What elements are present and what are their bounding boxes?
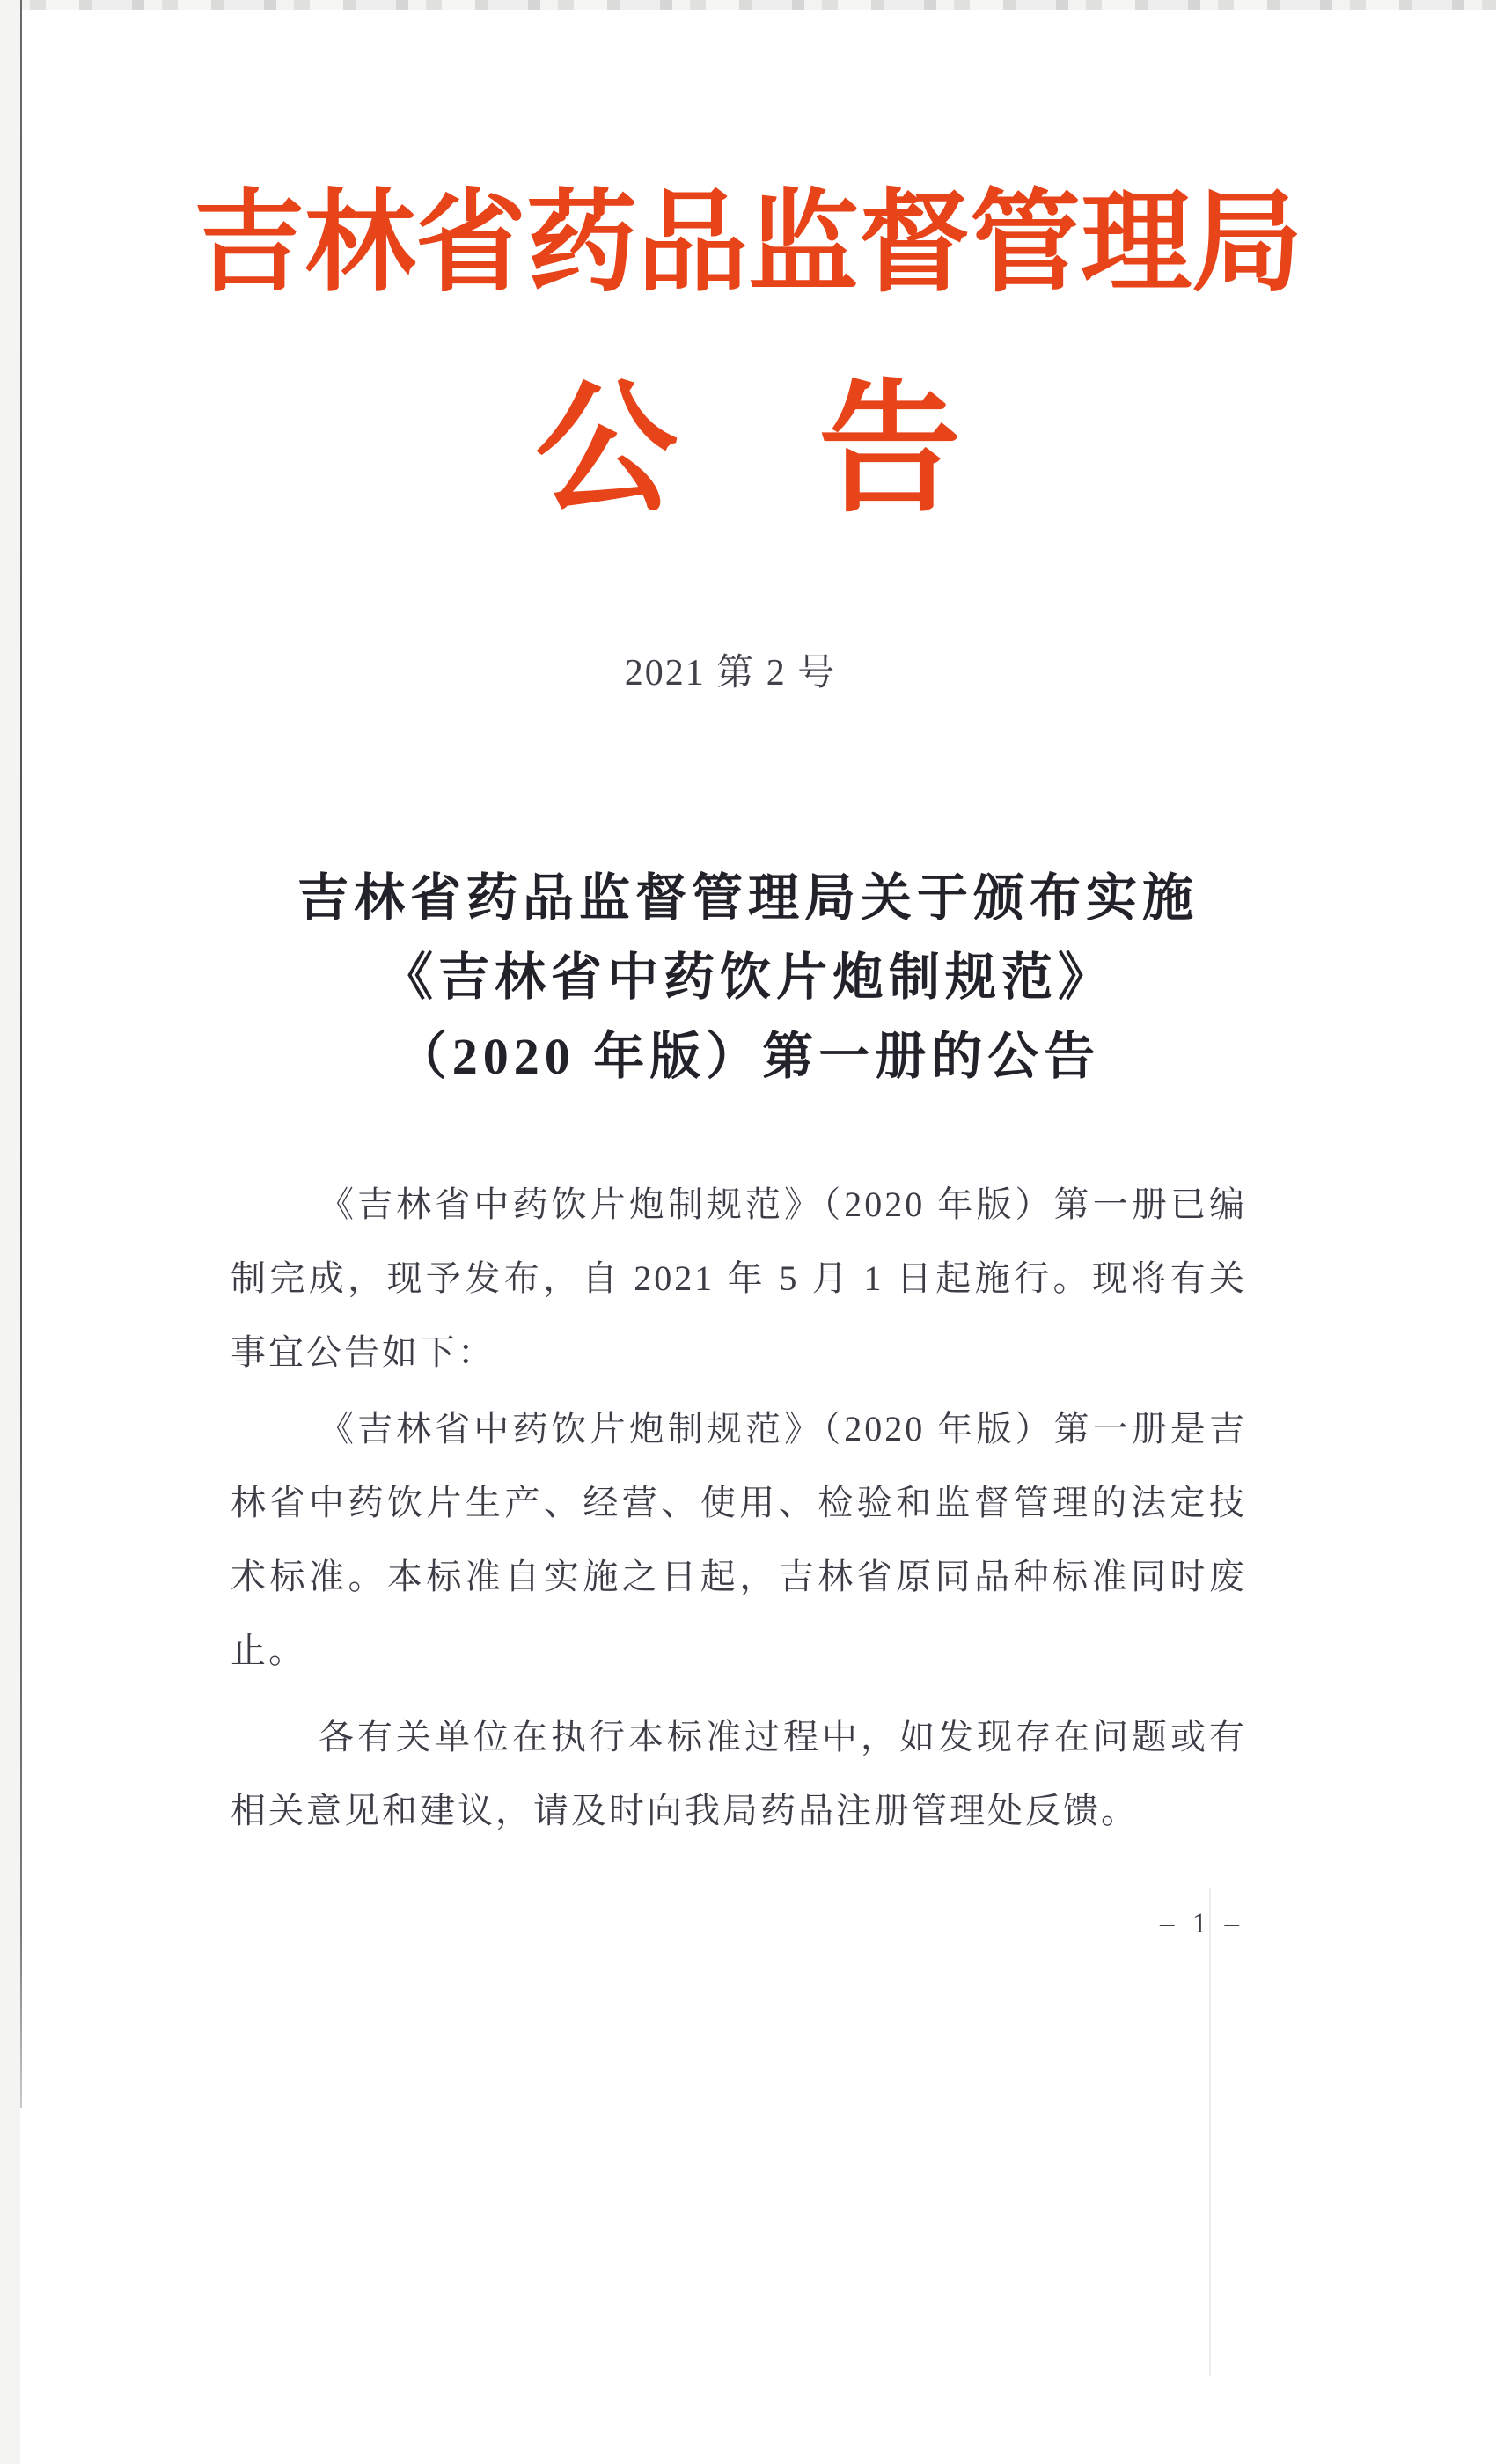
paragraph-1: 《吉林省中药饮片炮制规范》（2020 年版）第一册已编 制完成，现予发布，自 2… [231,1168,1247,1390]
paragraph-2: 《吉林省中药饮片炮制规范》（2020 年版）第一册是吉 林省中药饮片生产、经营、… [231,1392,1247,1688]
paragraph-3-line-2: 相关意见和建议，请及时向我局药品注册管理处反馈。 [231,1774,1247,1848]
scan-left-margin [0,0,20,2464]
paragraph-1-line-2: 制完成，现予发布，自 2021 年 5 月 1 日起施行。现将有关 [231,1242,1247,1316]
paragraph-2-line-1: 《吉林省中药饮片炮制规范》（2020 年版）第一册是吉 [231,1392,1247,1466]
notice-type-char-1: 公 [535,372,678,530]
paragraph-2-line-2: 林省中药饮片生产、经营、使用、检验和监督管理的法定技 [231,1466,1247,1540]
notice-type-char-2: 告 [818,372,961,530]
scan-noise-top-band [0,0,1496,10]
notice-heading-line-2: 《吉林省中药饮片炮制规范》 [0,938,1496,1017]
paragraph-1-line-1: 《吉林省中药饮片炮制规范》（2020 年版）第一册已编 [231,1168,1247,1242]
notice-heading-line-3: （2020 年版）第一册的公告 [0,1017,1496,1096]
notice-heading: 吉林省药品监督管理局关于颁布实施 《吉林省中药饮片炮制规范》 （2020 年版）… [0,859,1496,1096]
document-number: 2021 第 2 号 [0,655,1461,692]
agency-masthead: 吉林省药品监督管理局 [0,189,1496,300]
paragraph-2-line-4: 止。 [231,1614,1247,1688]
scanned-notice-page: 吉林省药品监督管理局 公告 2021 第 2 号 吉林省药品监督管理局关于颁布实… [0,0,1496,2464]
masthead-notice-type: 公告 [0,380,1496,523]
paragraph-3: 各有关单位在执行本标准过程中，如发现存在问题或有 相关意见和建议，请及时向我局药… [231,1700,1247,1848]
notice-heading-line-1: 吉林省药品监督管理局关于颁布实施 [0,859,1496,938]
paragraph-1-line-3: 事宜公告如下： [231,1316,1247,1390]
paragraph-2-line-3: 术标准。本标准自实施之日起，吉林省原同品种标准同时废 [231,1540,1247,1614]
paragraph-3-line-1: 各有关单位在执行本标准过程中，如发现存在问题或有 [231,1700,1247,1774]
page-number: – 1 – [1160,1910,1244,1939]
scan-faint-streak [1209,1888,1211,2376]
